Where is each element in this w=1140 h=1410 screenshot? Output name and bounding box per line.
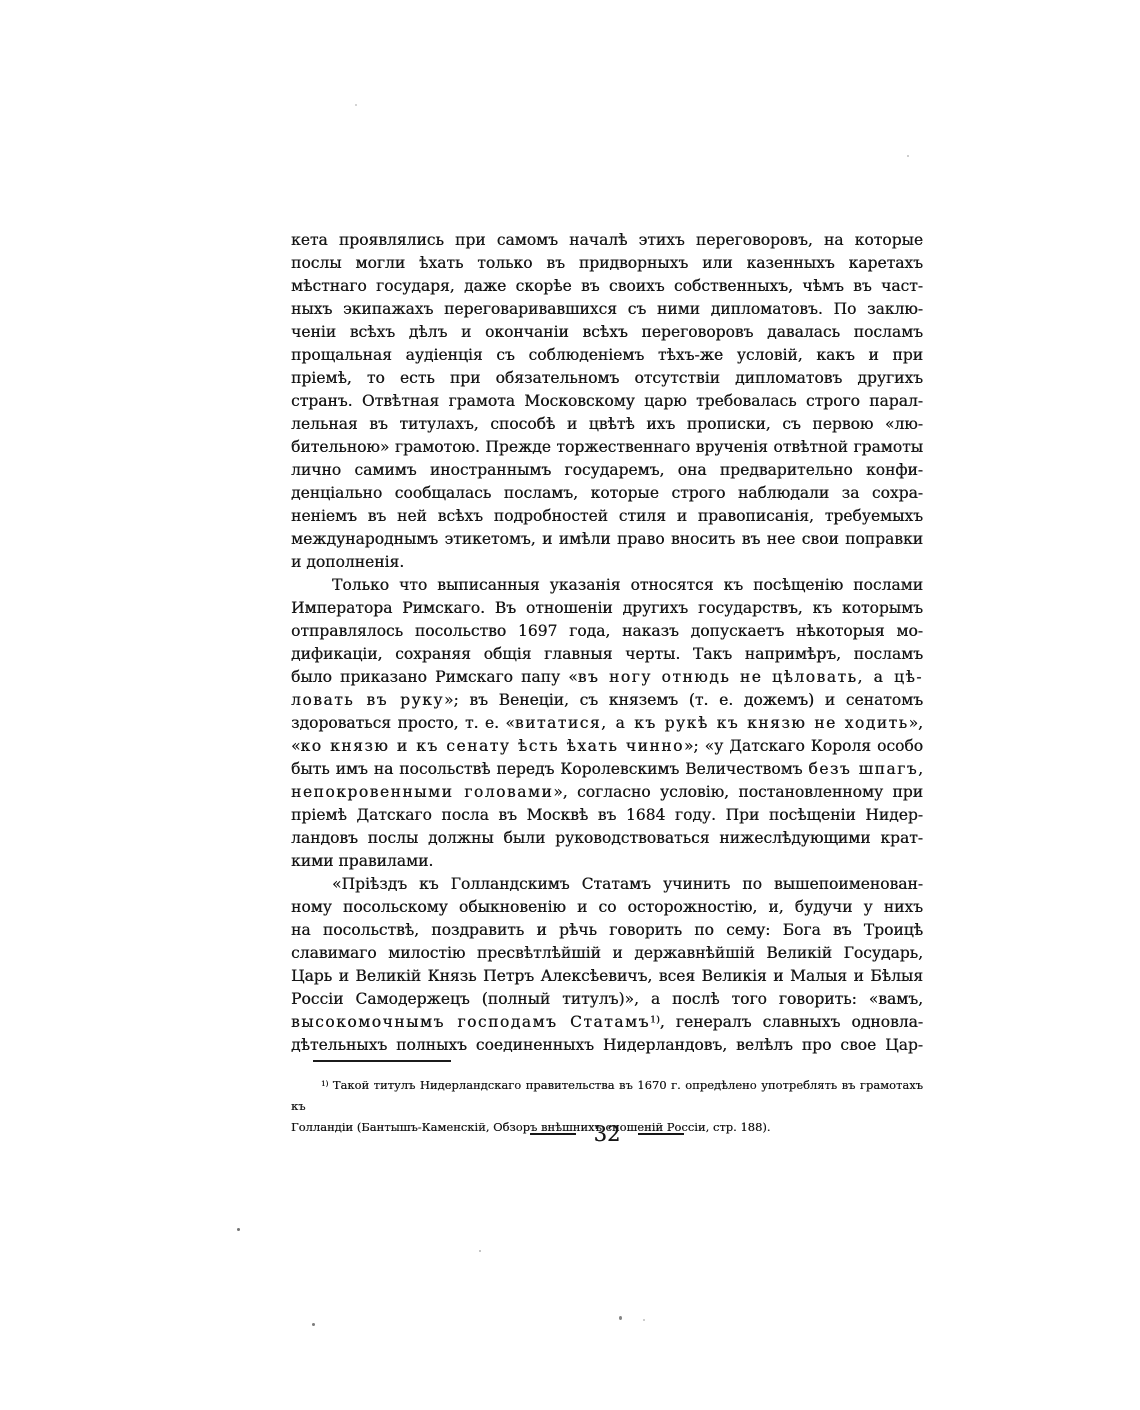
text-line: славимаго милостію пресвѣтлѣйшій и держа…	[291, 942, 923, 965]
letterspaced-emphasis: въ ногу отнюдь не цѣловать, а цѣ-	[578, 668, 923, 686]
scan-speck	[643, 1319, 645, 1321]
text-line: ченіи всѣхъ дѣлъ и окончаніи всѣхъ перег…	[291, 321, 923, 344]
text-line: «Пріѣздъ къ Голландскимъ Статамъ учинить…	[291, 873, 923, 896]
letterspaced-emphasis: непокровенными головами	[291, 783, 553, 801]
text-line: дификаціи, сохраняя общія главныя черты.…	[291, 643, 923, 666]
scan-speck	[312, 1323, 315, 1326]
text-line: странъ. Отвѣтная грамота Московскому цар…	[291, 390, 923, 413]
text-line: ныхъ экипажахъ переговаривавшихся съ ним…	[291, 298, 923, 321]
text-line: здороваться просто, т. е. «витатися, а к…	[291, 712, 923, 735]
text-line: высокомочнымъ господамъ Статамъ1), генер…	[291, 1011, 923, 1034]
scan-speck	[355, 104, 357, 106]
text-line: денціально сообщалась посламъ, которые с…	[291, 482, 923, 505]
scan-speck	[907, 155, 909, 157]
text-line: кета проявлялись при самомъ началѣ этихъ…	[291, 229, 923, 252]
text-line: Царь и Великій Князь Петръ Алексѣевичъ, …	[291, 965, 923, 988]
text-line: неніемъ въ ней всѣхъ подробностей стиля …	[291, 505, 923, 528]
text-line: ному посольскому обыкновенію и со осторо…	[291, 896, 923, 919]
page-number-row: 32	[291, 1120, 923, 1148]
text-line: и дополненія.	[291, 551, 923, 574]
text-line: пріемѣ, то есть при обязательномъ отсутс…	[291, 367, 923, 390]
text-line: пріемѣ Датскаго посла въ Москвѣ въ 1684 …	[291, 804, 923, 827]
text-line: бительною» грамотою. Прежде торжественна…	[291, 436, 923, 459]
scan-speck	[619, 1316, 622, 1320]
letterspaced-emphasis: ловать въ руку	[291, 691, 444, 709]
text-line: кими правилами.	[291, 850, 923, 873]
footnote-separator-rule	[313, 1060, 451, 1062]
text-line: лельная въ титулахъ, способѣ и цвѣтѣ ихъ…	[291, 413, 923, 436]
text-line: послы могли ѣхать только въ придворныхъ …	[291, 252, 923, 275]
text-line: быть имъ на посольствѣ передъ Королевски…	[291, 758, 923, 781]
letterspaced-emphasis: высокомочнымъ господамъ Статамъ	[291, 1013, 650, 1031]
text-line: на посольствѣ, поздравить и рѣчь говорит…	[291, 919, 923, 942]
text-line: отправлялось посольство 1697 года, наказ…	[291, 620, 923, 643]
text-line: ловать въ руку»; въ Венеціи, съ княземъ …	[291, 689, 923, 712]
letterspaced-emphasis: безъ шпагъ	[808, 760, 918, 778]
text-line: международнымъ этикетомъ, и имѣли право …	[291, 528, 923, 551]
footnote-marker: 1)	[321, 1079, 328, 1088]
footnote-marker: 1)	[650, 1015, 660, 1026]
scan-speck	[237, 1228, 240, 1231]
text-line: непокровенными головами», согласно услов…	[291, 781, 923, 804]
text-line: прощальная аудіенція съ соблюденіемъ тѣх…	[291, 344, 923, 367]
text-line: дѣтельныхъ полныхъ соединенныхъ Нидерлан…	[291, 1034, 923, 1057]
text-line: мѣстнаго государя, даже скорѣе въ своихъ…	[291, 275, 923, 298]
text-line: «ко князю и къ сенату ѣсть ѣхать чинно»;…	[291, 735, 923, 758]
body-text: кета проявлялись при самомъ началѣ этихъ…	[291, 229, 923, 1057]
scan-speck	[479, 1250, 481, 1252]
page-number: 32	[594, 1122, 621, 1146]
text-line: Россіи Самодержецъ (полный титулъ)», а п…	[291, 988, 923, 1011]
text-line: ландовъ послы должны были руководствоват…	[291, 827, 923, 850]
text-line: 1) Такой титулъ Нидерландскаго правитель…	[291, 1075, 923, 1117]
letterspaced-emphasis: витатися, а къ рукѣ къ князю не ходить	[515, 714, 909, 732]
text-line: лично самимъ иностраннымъ государемъ, он…	[291, 459, 923, 482]
text-line: Императора Римскаго. Въ отношеніи других…	[291, 597, 923, 620]
book-page: кета проявлялись при самомъ началѣ этихъ…	[0, 0, 1140, 1410]
letterspaced-emphasis: ко князю и къ сенату ѣсть ѣхать чинно	[300, 737, 683, 755]
page-number-right-dash	[638, 1133, 684, 1135]
page-number-left-dash	[530, 1133, 576, 1135]
text-line: было приказано Римскаго папу «въ ногу от…	[291, 666, 923, 689]
text-line: Только что выписанныя указанія относятся…	[291, 574, 923, 597]
